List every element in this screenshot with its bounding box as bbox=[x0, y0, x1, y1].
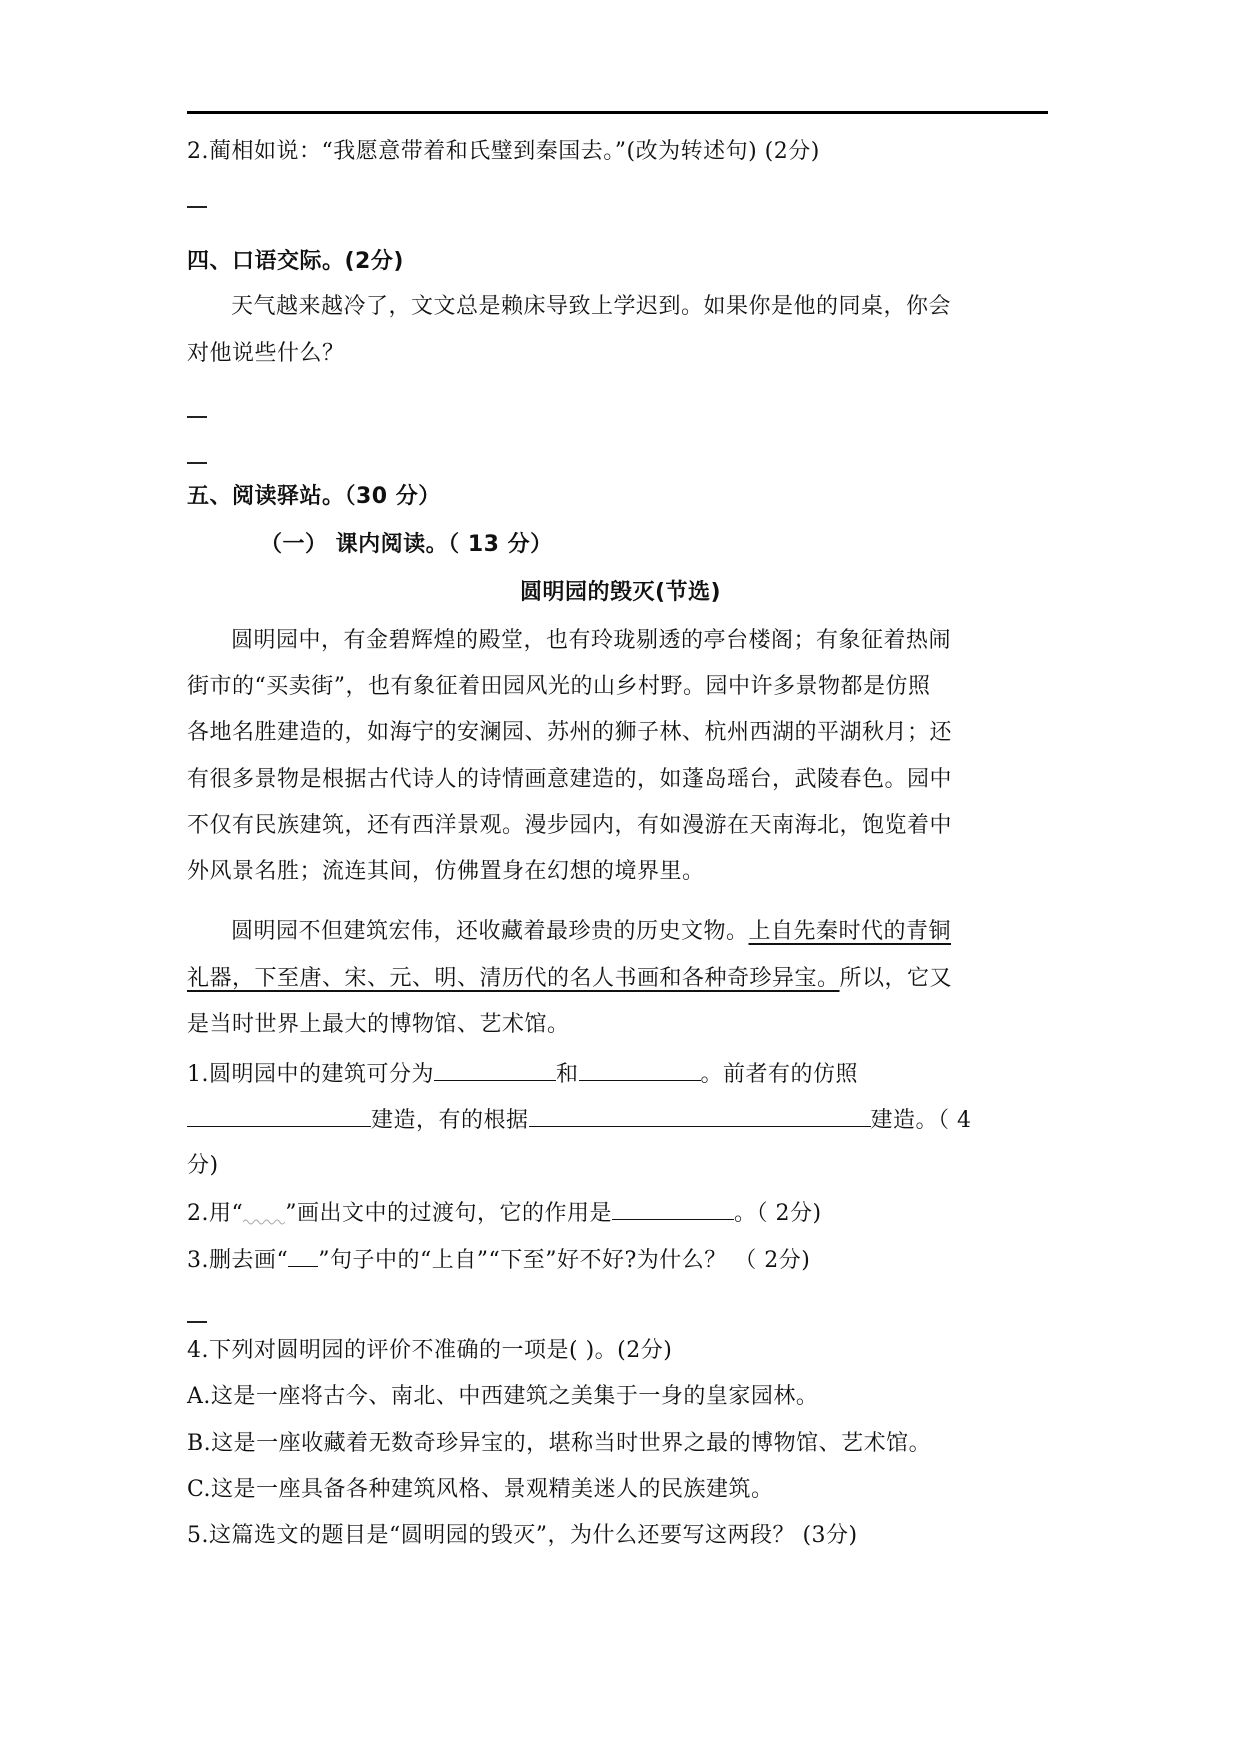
question-4-option-c[interactable]: C.这是一座具备各种建筑风格、景观精美迷人的民族建筑。 bbox=[187, 1475, 774, 1505]
q2-text: ”画出文中的过渡句，它的作用是 bbox=[285, 1201, 612, 1226]
straight-underline-sample bbox=[288, 1244, 318, 1267]
passage-p1-line: 有很多景物是根据古代诗人的诗情画意建造的，如蓬岛瑶台，武陵春色。园中 bbox=[187, 765, 952, 795]
answer-line[interactable] bbox=[187, 462, 207, 464]
question-2: 2.用“”画出文中的过渡句，它的作用是。（ 2分) bbox=[187, 1197, 822, 1229]
underlined-sentence: 上自先秦时代的青铜 bbox=[749, 919, 952, 944]
header-rule bbox=[187, 111, 1048, 114]
question-1-line3: 分) bbox=[187, 1151, 219, 1181]
q1-text: 。前者有的仿照 bbox=[701, 1062, 859, 1087]
q2-text: 2.用“ bbox=[187, 1201, 243, 1226]
passage-p2-line3: 是当时世界上最大的博物馆、艺术馆。 bbox=[187, 1010, 570, 1040]
answer-line[interactable] bbox=[187, 416, 207, 418]
q3-2-text: 2.蔺相如说：“我愿意带着和氏璧到秦国去。”(改为转述句) (2分) bbox=[187, 137, 820, 167]
passage-p1-line: 街市的“买卖街”，也有象征着田园风光的山乡村野。园中许多景物都是仿照 bbox=[187, 672, 931, 702]
fill-blank[interactable] bbox=[612, 1197, 734, 1220]
q2-text: 。（ 2分) bbox=[734, 1201, 822, 1226]
section5-heading: 五、阅读驿站。（30 分） bbox=[187, 482, 441, 512]
question-4-stem: 4.下列对圆明园的评价不准确的一项是( )。(2分) bbox=[187, 1336, 672, 1366]
passage-p1-line: 外风景名胜；流连其间，仿佛置身在幻想的境界里。 bbox=[187, 857, 705, 887]
q3-text: ”句子中的“上自”“下至”好不好?为什么？ （ 2分) bbox=[318, 1248, 810, 1273]
passage-p2-line2: 礼器，下至唐、宋、元、明、清历代的名人书画和各种奇珍异宝。所以，它又 bbox=[187, 964, 952, 994]
fill-blank[interactable] bbox=[579, 1058, 701, 1081]
q1-text: 1.圆明园中的建筑可分为 bbox=[187, 1062, 434, 1087]
q1-text: 和 bbox=[556, 1062, 579, 1087]
fill-blank[interactable] bbox=[529, 1104, 871, 1127]
question-1-line2: 建造，有的根据建造。（ 4 bbox=[187, 1104, 972, 1136]
passage-p2-line1: 圆明园不但建筑宏伟，还收藏着最珍贵的历史文物。上自先秦时代的青铜 bbox=[231, 917, 951, 947]
section4-prompt-line2: 对他说些什么？ bbox=[187, 339, 345, 369]
passage-p1-line: 各地名胜建造的，如海宁的安澜园、苏州的狮子林、杭州西湖的平湖秋月；还 bbox=[187, 718, 952, 748]
passage-p2-plain: 所以，它又 bbox=[840, 966, 953, 991]
answer-line[interactable] bbox=[187, 1321, 207, 1323]
passage-title: 圆明园的毁灭(节选) bbox=[0, 578, 1241, 608]
q1-text: 建造，有的根据 bbox=[371, 1108, 529, 1133]
section4-heading: 四、口语交际。(2分) bbox=[187, 247, 404, 277]
exam-page: 2.蔺相如说：“我愿意带着和氏璧到秦国去。”(改为转述句) (2分) 四、口语交… bbox=[0, 0, 1241, 1754]
passage-p1-line: 圆明园中，有金碧辉煌的殿堂，也有玲珑剔透的亭台楼阁；有象征着热闹 bbox=[231, 626, 951, 656]
question-5: 5.这篇选文的题目是“圆明园的毁灭”，为什么还要写这两段？ (3分) bbox=[187, 1521, 858, 1551]
underlined-sentence: 礼器，下至唐、宋、元、明、清历代的名人书画和各种奇珍异宝。 bbox=[187, 966, 840, 991]
question-1-line1: 1.圆明园中的建筑可分为和。前者有的仿照 bbox=[187, 1058, 858, 1090]
passage-p1-line: 不仅有民族建筑，还有西洋景观。漫步园内，有如漫游在天南海北，饱览着中 bbox=[187, 811, 952, 841]
section5-subheading: （一） 课内阅读。（ 13 分） bbox=[260, 530, 553, 560]
wavy-underline-icon bbox=[243, 1198, 285, 1220]
q3-text: 3.删去画“ bbox=[187, 1248, 288, 1273]
question-4-option-a[interactable]: A.这是一座将古今、南北、中西建筑之美集于一身的皇家园林。 bbox=[187, 1382, 818, 1412]
question-4-option-b[interactable]: B.这是一座收藏着无数奇珍异宝的，堪称当时世界之最的博物馆、艺术馆。 bbox=[187, 1429, 931, 1459]
passage-p2-plain: 圆明园不但建筑宏伟，还收藏着最珍贵的历史文物。 bbox=[231, 919, 749, 944]
q1-text: 建造。（ 4 bbox=[871, 1108, 972, 1133]
fill-blank[interactable] bbox=[434, 1058, 556, 1081]
section4-prompt-line1: 天气越来越冷了，文文总是赖床导致上学迟到。如果你是他的同桌，你会 bbox=[231, 292, 951, 322]
answer-line[interactable] bbox=[187, 206, 207, 208]
question-3: 3.删去画“”句子中的“上自”“下至”好不好?为什么？ （ 2分) bbox=[187, 1244, 810, 1276]
fill-blank[interactable] bbox=[187, 1104, 371, 1127]
